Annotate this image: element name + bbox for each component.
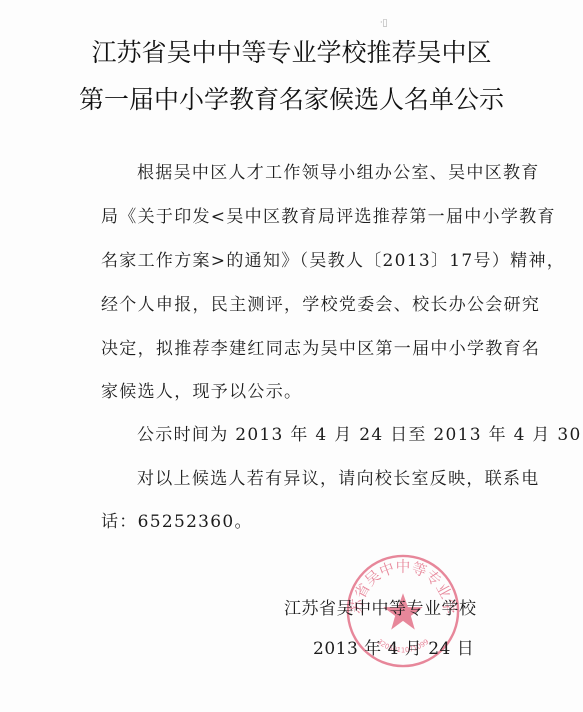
- body-line: 名家工作方案>的通知》（吴教人〔2013〕17号）精神，: [101, 246, 565, 271]
- title-line-1: 江苏省吴中中等专业学校推荐吴中区: [0, 33, 583, 69]
- body-line: 局《关于印发<吴中区教育局评选推荐第一届中小学教育: [101, 202, 556, 227]
- body-line: 对以上候选人若有异议，请向校长室反映，联系电: [137, 464, 540, 489]
- body-line: 话：65252360。: [101, 507, 253, 532]
- signature-date: 2013 年 4 月 24 日: [313, 634, 474, 659]
- body-line: 经个人申报，民主测评，学校党委会、校长办公会研究: [101, 290, 540, 315]
- body-line: 决定，拟推荐李建红同志为吴中区第一届中小学教育名: [101, 334, 540, 359]
- body-line: 家候选人，现予以公示。: [101, 377, 302, 402]
- scan-speck: ·ﾞ: [380, 18, 387, 27]
- body-line: 公示时间为 2013 年 4 月 24 日至 2013 年 4 月 30 日。: [137, 420, 583, 445]
- document-page: ·ﾞ 江苏省吴中中等专业学校推荐吴中区 第一届中小学教育名家候选人名单公示 根据…: [0, 0, 583, 712]
- body-line: 根据吴中区人才工作领导小组办公室、吴中区教育: [137, 158, 540, 183]
- signature-organization: 江苏省吴中中等专业学校: [284, 594, 477, 619]
- title-line-2: 第一届中小学教育名家候选人名单公示: [0, 80, 583, 116]
